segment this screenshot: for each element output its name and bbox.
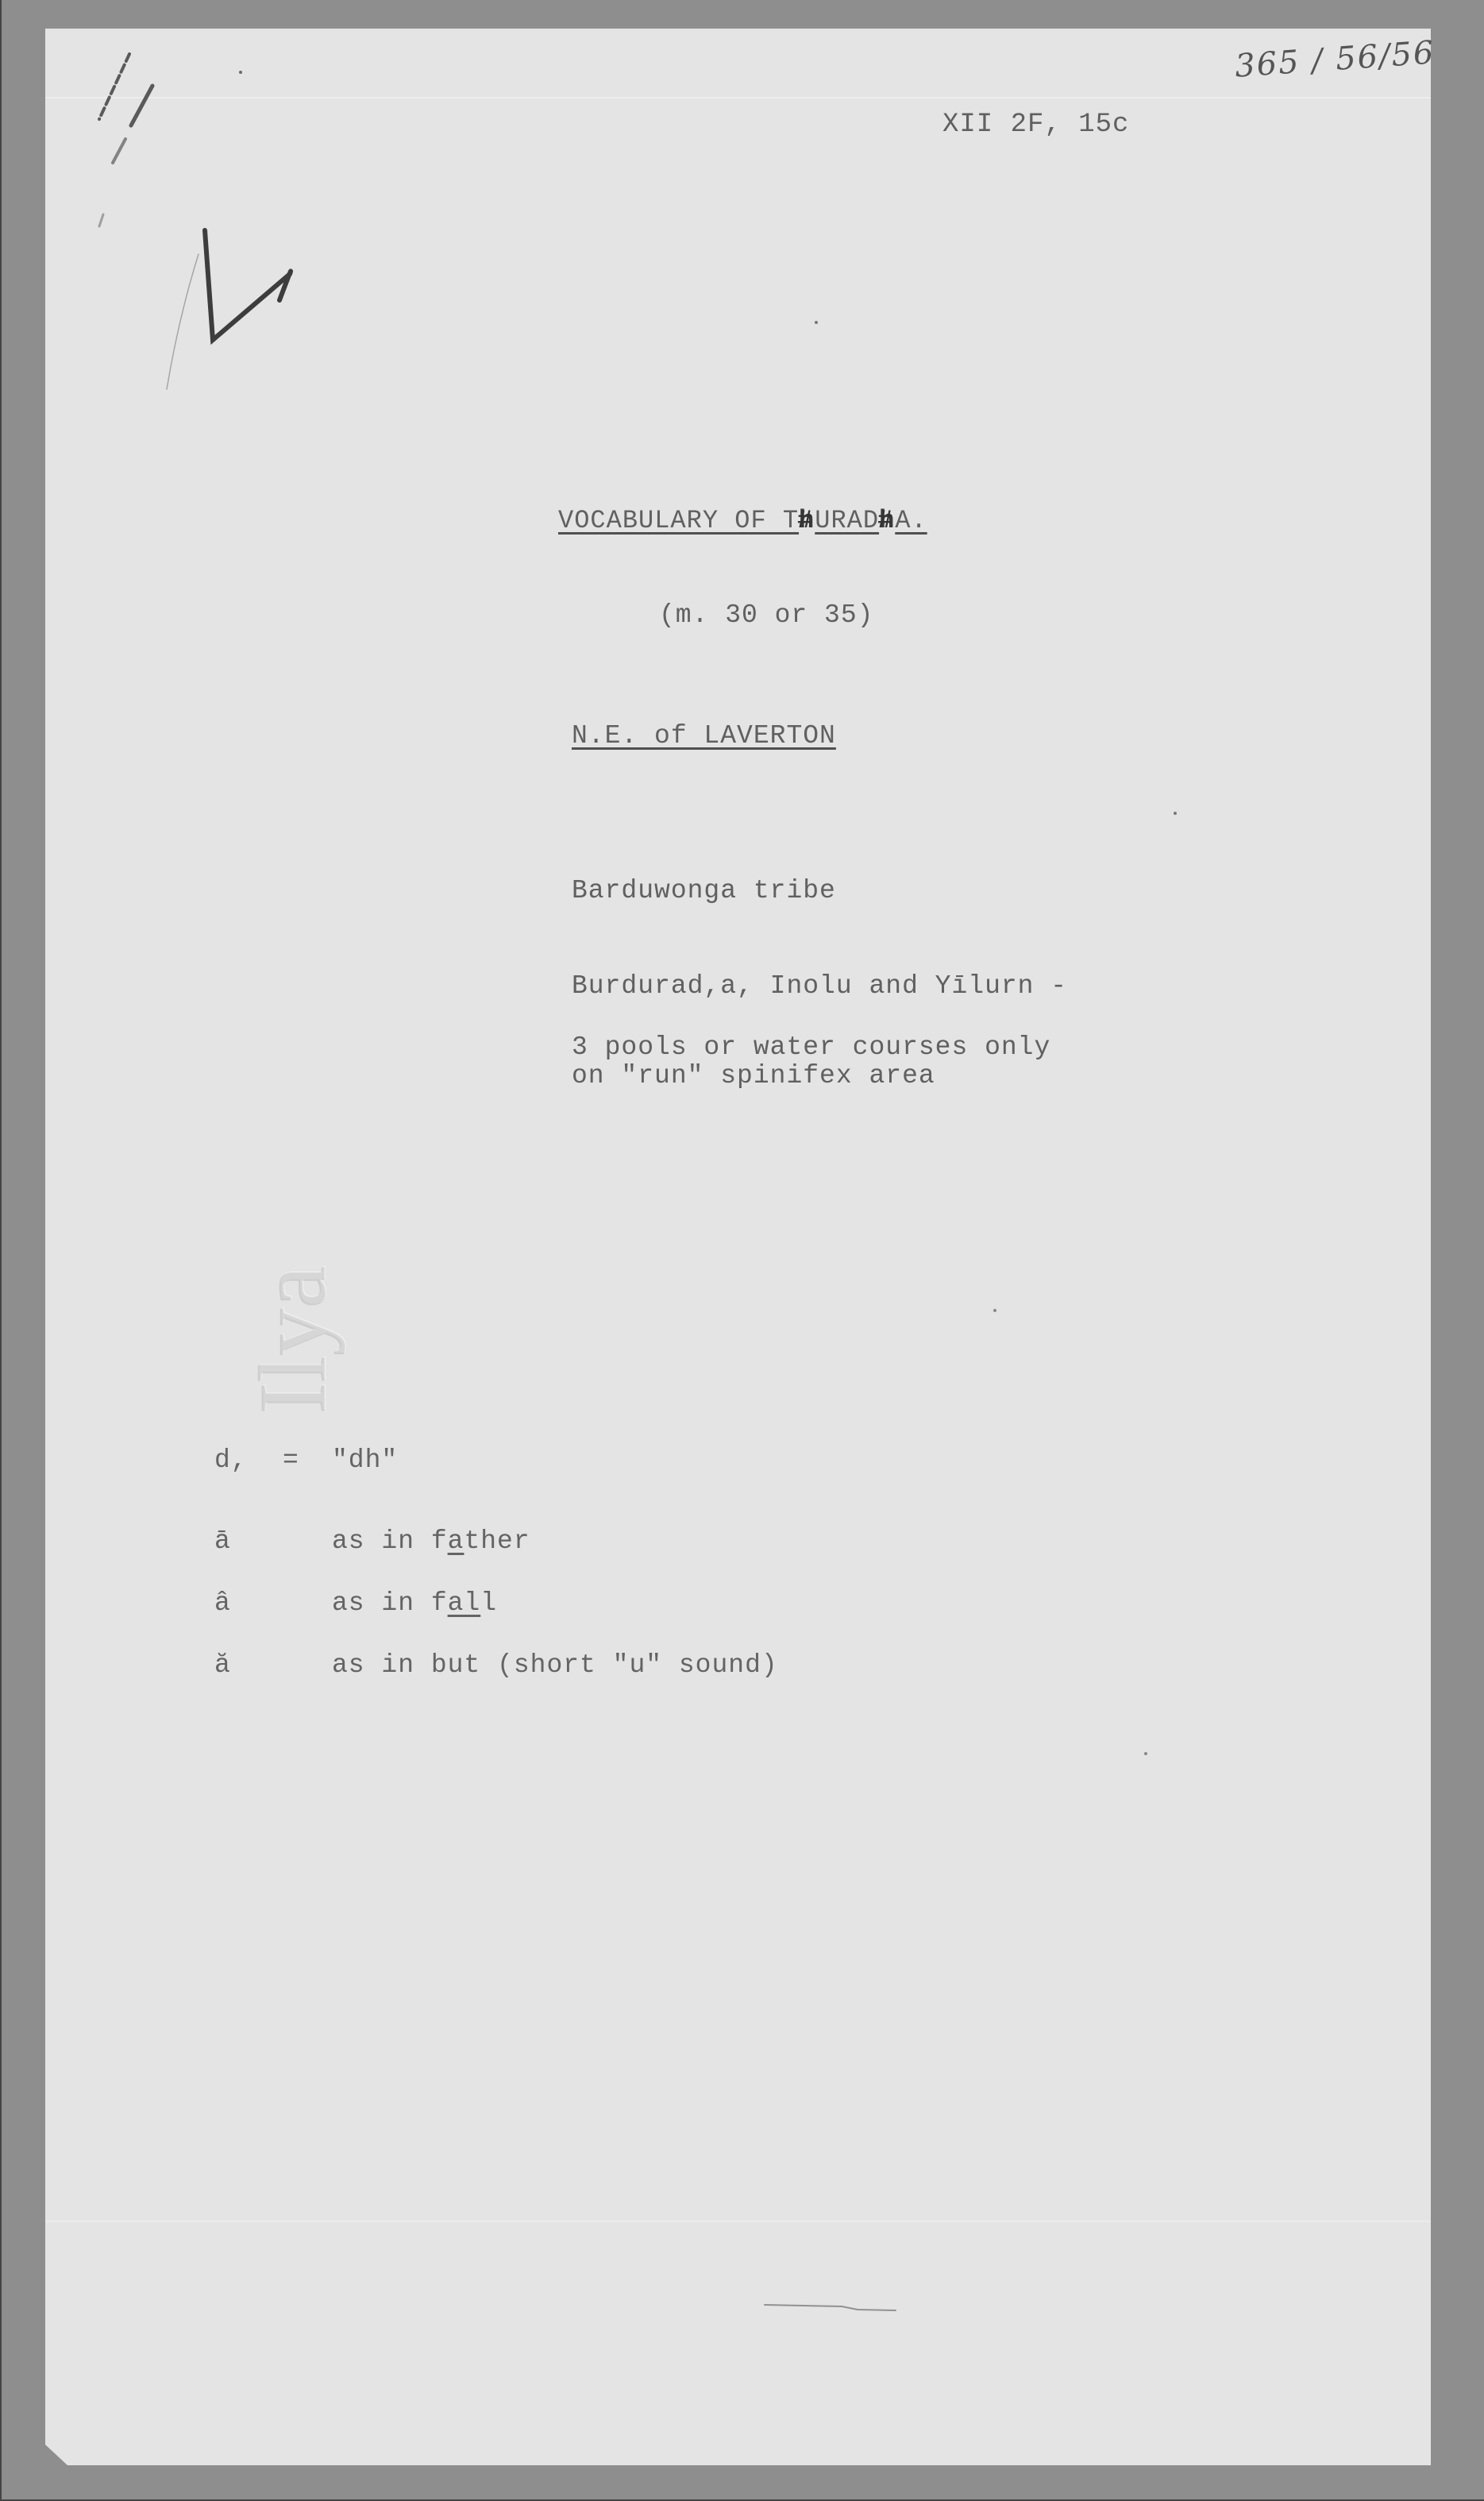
title-suffix: A. [895,506,927,535]
title-middle: URAD [815,506,879,535]
note-line-2: on "run" spinifex area [572,1063,935,1089]
title-prefix: VOCABULARY OF T [558,506,799,535]
subtitle: (m. 30 or 35) [659,602,873,628]
key-symbol: ă [214,1650,231,1680]
underlined-letter: al [448,1588,481,1618]
location-heading: N.E. of LAVERTON [572,723,836,749]
title-overstrike: h [879,508,895,534]
file-reference: XII 2F, 15c [942,111,1129,138]
key-symbol: â [214,1588,231,1618]
embossed-watermark: Ilya [238,1175,349,1414]
title-overstrike: h [799,508,815,534]
key-equals: = [283,1445,299,1475]
key-symbol: d, [214,1445,248,1475]
note-line-1: 3 pools or water courses only [572,1034,1050,1060]
page-title: VOCABULARY OF ThURADhA. [558,508,927,534]
tribe-name: Barduwonga tribe [572,878,836,904]
key-symbol: ā [214,1526,231,1556]
scan-edge-left [0,0,2,2501]
key-description: as in father [332,1526,530,1556]
key-description: as in fall [332,1588,497,1618]
underlined-letter: a [448,1526,464,1556]
key-description: "dh" [332,1445,398,1475]
key-row: ă as in but (short "u" sound) [214,1650,280,1768]
key-description: as in but (short "u" sound) [332,1650,778,1680]
places-line: Burdurad,a, Inolu and Yīlurn - [572,973,1067,999]
